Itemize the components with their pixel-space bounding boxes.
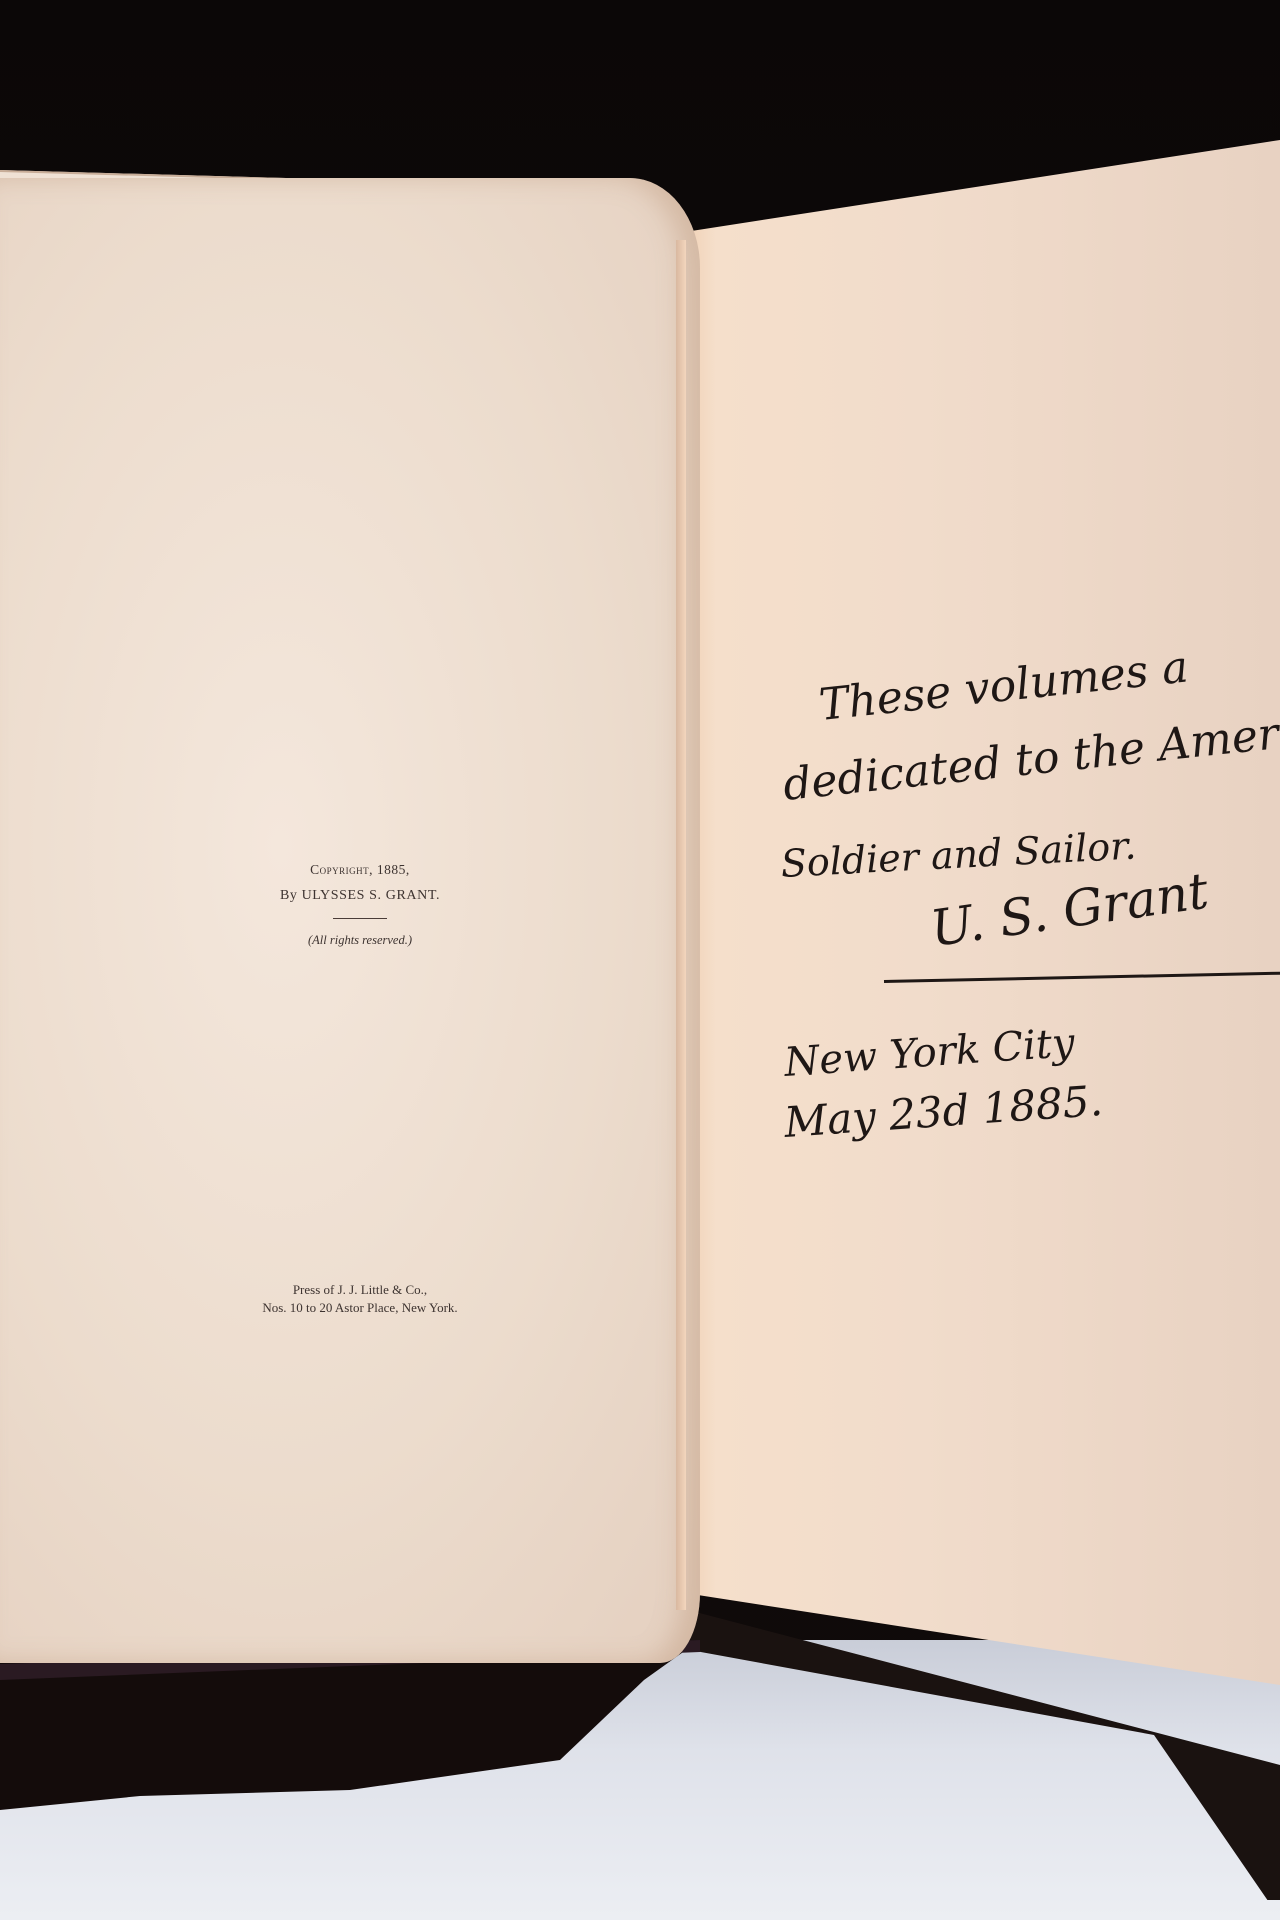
rights-reserved: (All rights reserved.) [230, 933, 490, 948]
printer-line-2: Nos. 10 to 20 Astor Place, New York. [200, 1300, 520, 1316]
divider-rule [333, 918, 387, 919]
copyright-line: Copyright, 1885, [230, 862, 490, 878]
book-gutter [676, 240, 686, 1610]
printer-line-1: Press of J. J. Little & Co., [230, 1282, 490, 1298]
book-photo: Copyright, 1885, By ULYSSES S. GRANT. (A… [0, 0, 1280, 1920]
author-byline: By ULYSSES S. GRANT. [200, 888, 520, 904]
left-page [0, 178, 700, 1663]
